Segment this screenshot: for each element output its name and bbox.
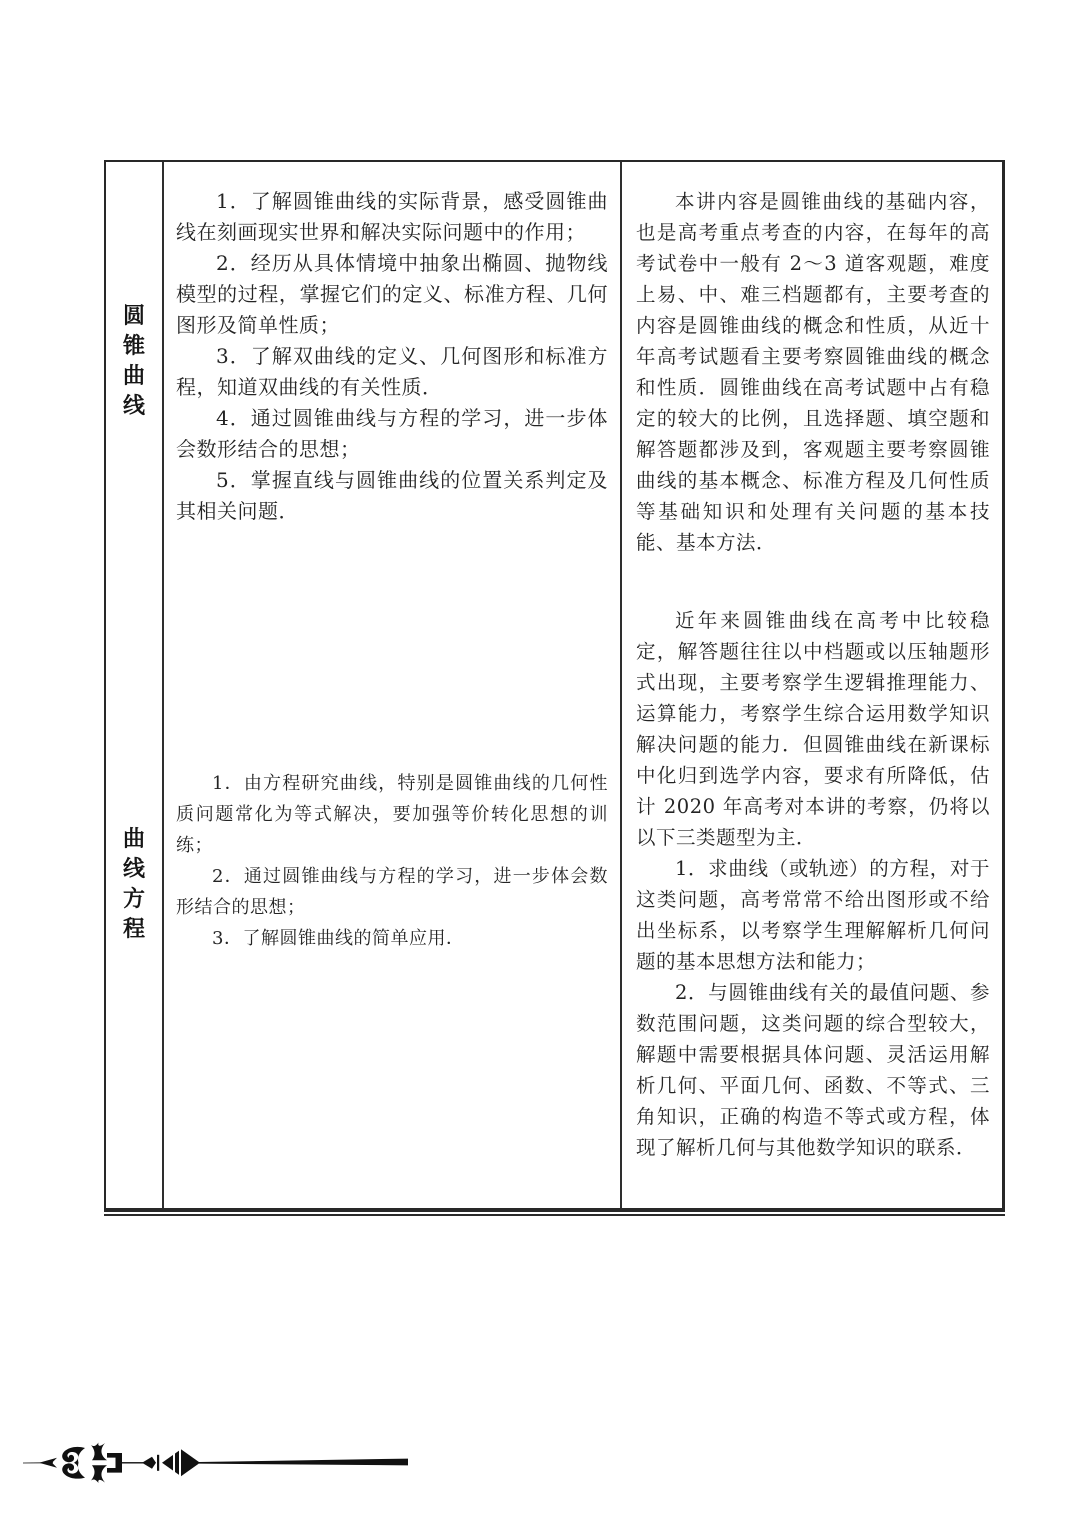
objective-item: 4．通过圆锥曲线与方程的学习，进一步体会数形结合的思想；: [176, 403, 608, 465]
objective-item: 1．由方程研究曲线，特别是圆锥曲线的几何性质问题常化为等式解决，要加强等价转化思…: [176, 768, 608, 861]
page: 圆锥曲线 1．了解圆锥曲线的实际背景，感受圆锥曲线在刻画现实世界和解决实际问题中…: [0, 0, 1075, 1518]
row-label-cell-curve-equation: 曲线方程: [106, 559, 164, 1208]
syllabus-table: 圆锥曲线 1．了解圆锥曲线的实际背景，感受圆锥曲线在刻画现实世界和解决实际问题中…: [104, 160, 1005, 1212]
exam-analysis-cell-conic-curves: 本讲内容是圆锥曲线的基础内容，也是高考重点考查的内容，在每年的高考试卷中一般有 …: [622, 162, 1002, 559]
flourish-divider-icon: [23, 1442, 408, 1484]
table-bottom-double-rule: [104, 1214, 1005, 1216]
analysis-paragraph: 近年来圆锥曲线在高考中比较稳定，解答题往往以中档题或以压轴题形式出现，主要考察学…: [636, 605, 990, 853]
objective-item: 1．了解圆锥曲线的实际背景，感受圆锥曲线在刻画现实世界和解决实际问题中的作用；: [176, 186, 608, 248]
row-label-curve-equation: 曲线方程: [121, 824, 147, 944]
analysis-paragraph: 2．与圆锥曲线有关的最值问题、参数范围问题，这类问题的综合型较大，解题中需要根据…: [636, 977, 990, 1163]
analysis-paragraph: 1．求曲线（或轨迹）的方程，对于这类问题，高考常常不给出图形或不给出坐标系，以考…: [636, 853, 990, 977]
objective-item: 5．掌握直线与圆锥曲线的位置关系判定及其相关问题．: [176, 465, 608, 527]
objectives-cell-curve-equation: 1．由方程研究曲线，特别是圆锥曲线的几何性质问题常化为等式解决，要加强等价转化思…: [164, 559, 622, 1208]
exam-analysis-cell-curve-equation: 近年来圆锥曲线在高考中比较稳定，解答题往往以中档题或以压轴题形式出现，主要考察学…: [622, 559, 1002, 1208]
row-label-conic-curves: 圆锥曲线: [121, 301, 147, 421]
objective-item: 3．了解圆锥曲线的简单应用．: [176, 923, 608, 954]
analysis-paragraph: 本讲内容是圆锥曲线的基础内容，也是高考重点考查的内容，在每年的高考试卷中一般有 …: [636, 186, 990, 558]
objectives-cell-conic-curves: 1．了解圆锥曲线的实际背景，感受圆锥曲线在刻画现实世界和解决实际问题中的作用； …: [164, 162, 622, 559]
objective-item: 2．经历从具体情境中抽象出椭圆、抛物线模型的过程，掌握它们的定义、标准方程、几何…: [176, 248, 608, 341]
objective-item: 3．了解双曲线的定义、几何图形和标准方程，知道双曲线的有关性质．: [176, 341, 608, 403]
row-label-cell-conic-curves: 圆锥曲线: [106, 162, 164, 559]
objective-item: 2．通过圆锥曲线与方程的学习，进一步体会数形结合的思想；: [176, 861, 608, 923]
